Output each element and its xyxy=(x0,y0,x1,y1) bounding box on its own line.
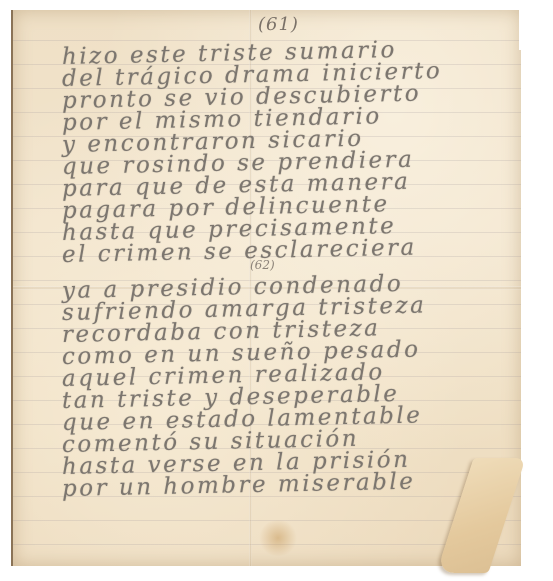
ruled-line xyxy=(13,520,521,521)
page-number: (61) xyxy=(258,14,299,35)
water-stain xyxy=(258,520,298,556)
torn-corner-gap xyxy=(519,10,553,50)
